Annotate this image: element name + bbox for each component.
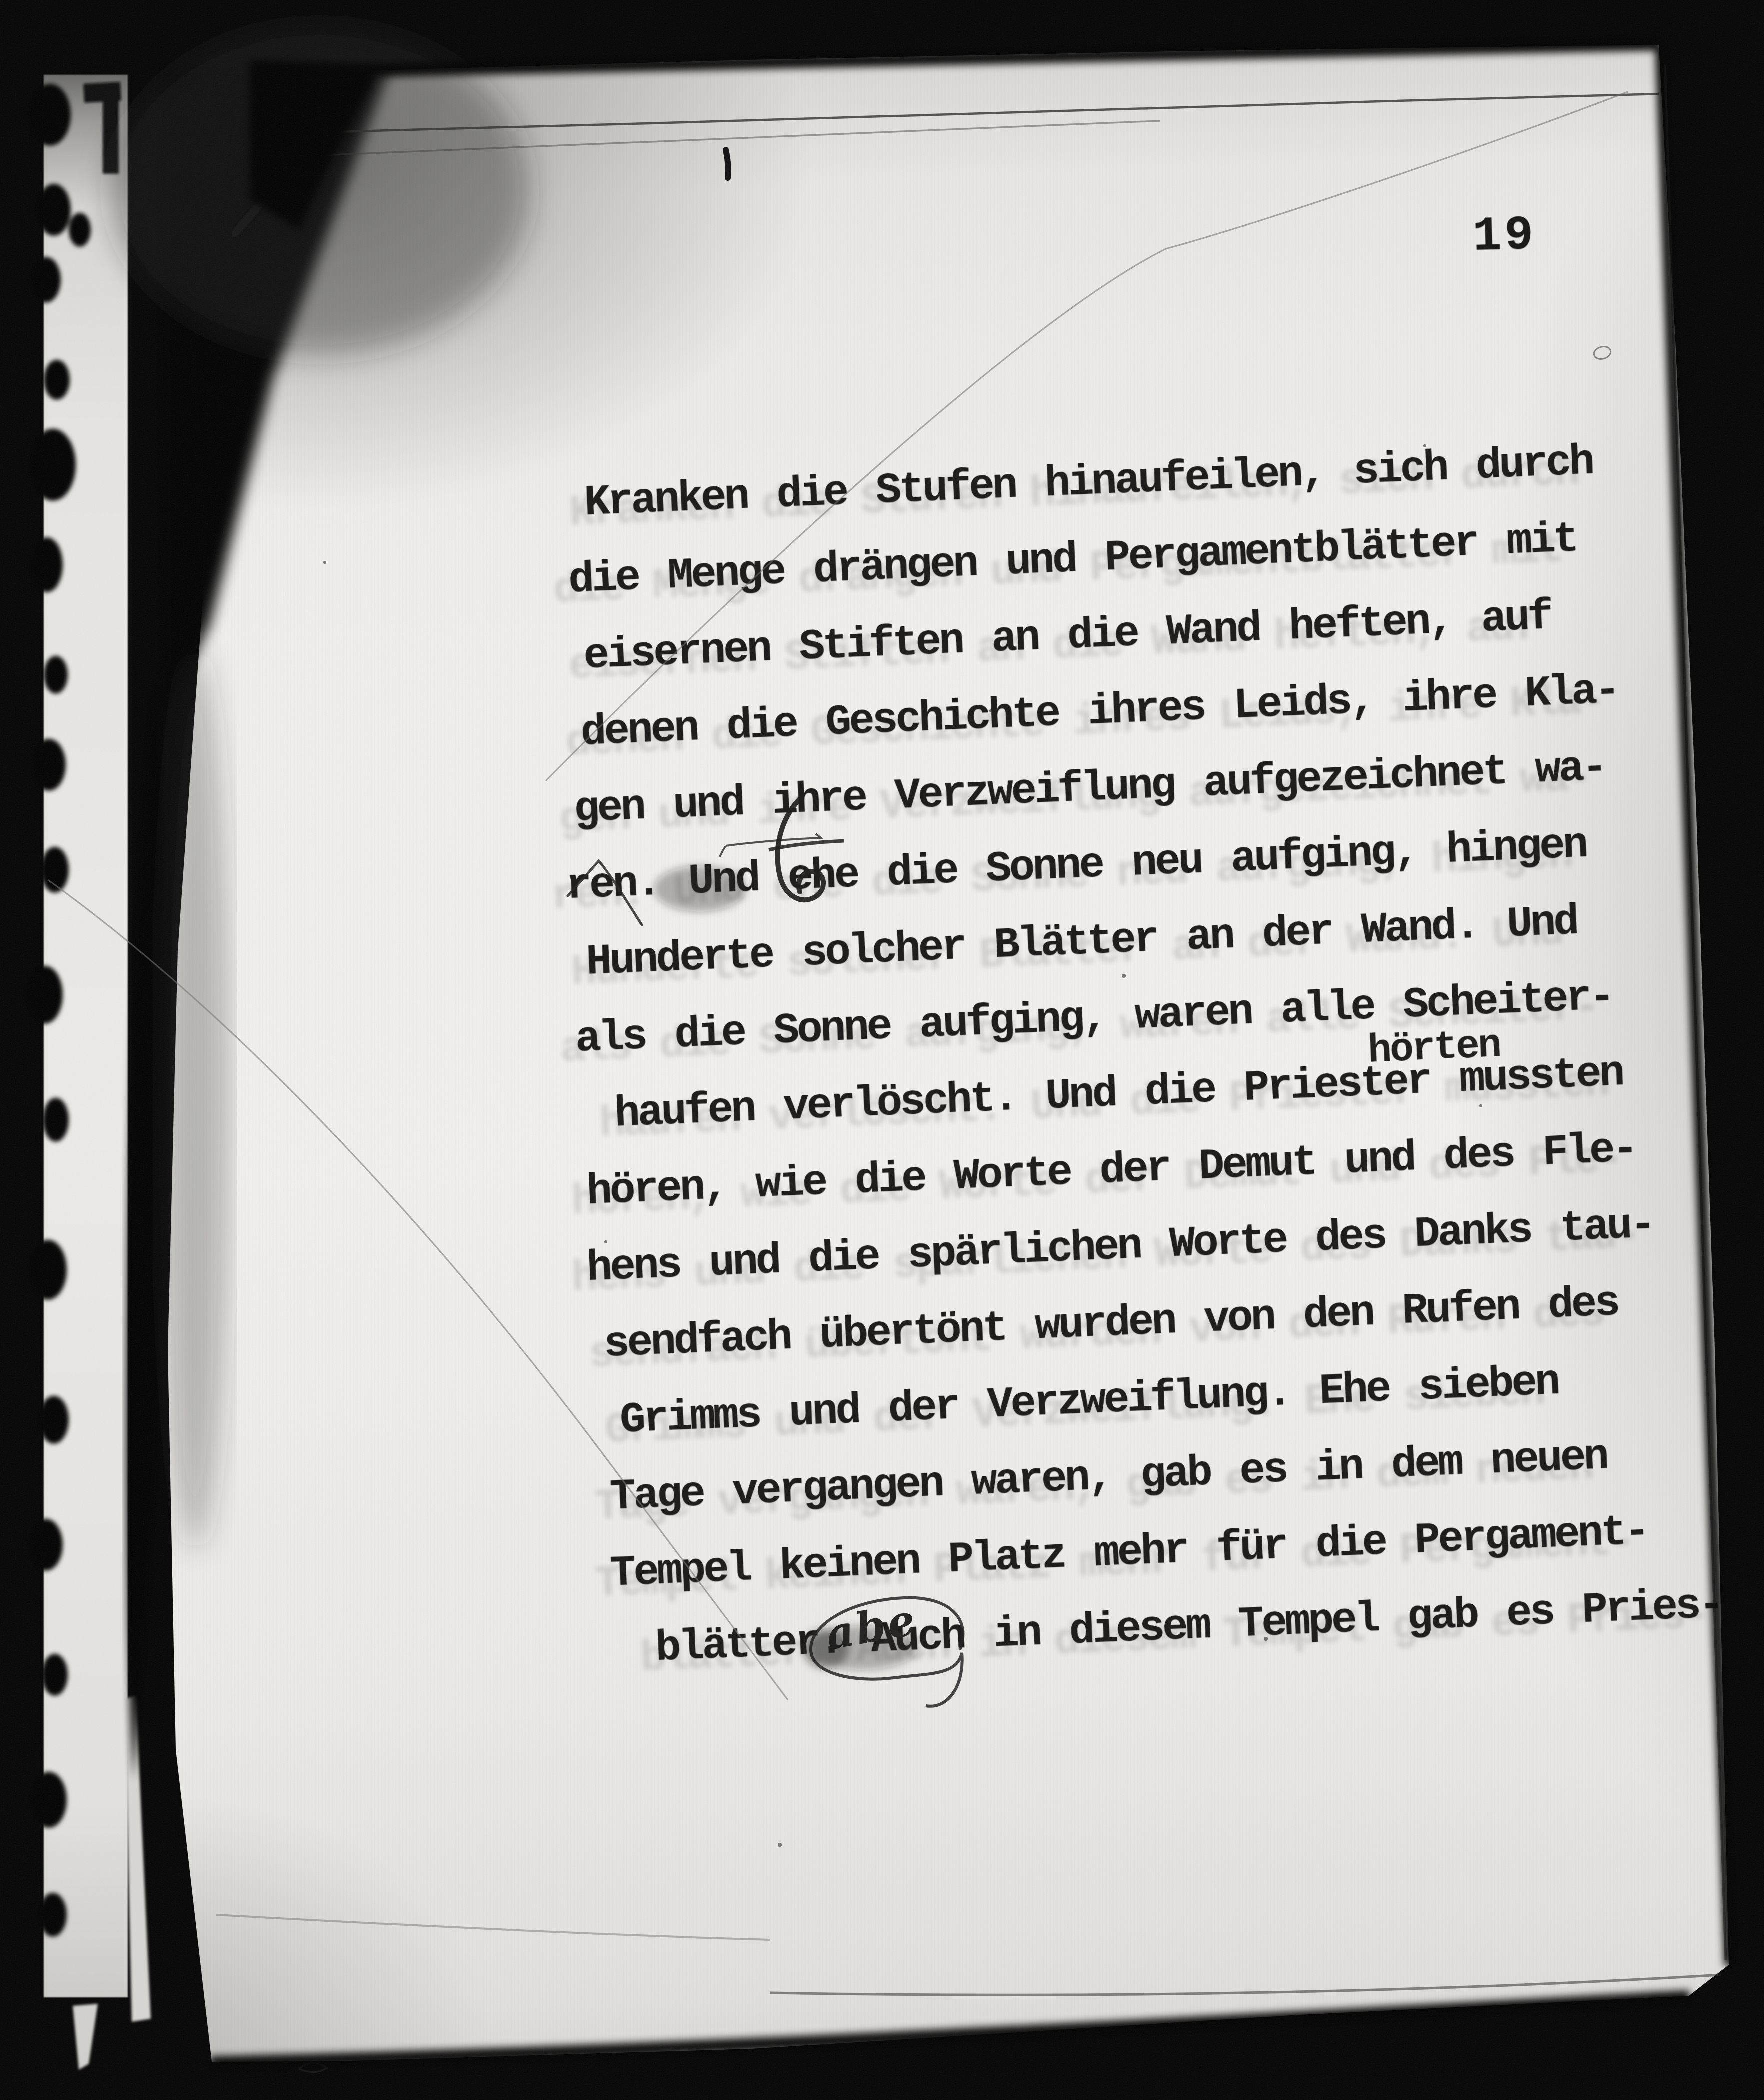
film-edge-strip	[44, 75, 128, 1997]
page-number: 19	[1472, 208, 1537, 264]
microfilm-scan: 19 Kranken die Stufen hinaufeilen, sich …	[0, 0, 1764, 2100]
typed-text-block: Kranken die Stufen hinaufeilen, sich dur…	[559, 418, 1764, 1689]
typed-insertion-correction: hörten	[1367, 1023, 1501, 1074]
bottom-edge-curl	[299, 2063, 327, 2072]
